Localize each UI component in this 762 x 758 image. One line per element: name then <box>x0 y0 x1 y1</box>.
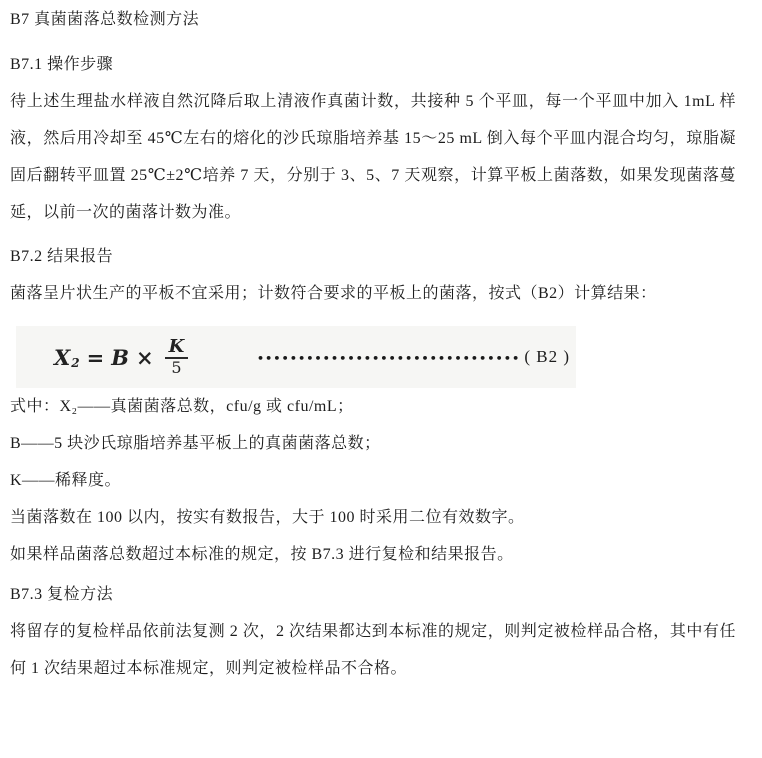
paragraph-b7-2-intro: 菌落呈片状生产的平板不宜采用；计数符合要求的平板上的菌落，按式（B2）计算结果： <box>10 275 736 312</box>
formula-equals-sign: = <box>87 345 105 370</box>
formula-variable-b: B <box>111 345 129 370</box>
heading-b7-2: B7.2 结果报告 <box>10 238 736 275</box>
formula-multiply-sign: × <box>136 345 154 370</box>
definition-x2: 式中：X₂——真菌菌落总数，cfu/g 或 cfu/mL； <box>10 388 736 425</box>
formula-subscript-2: 2 <box>71 356 79 370</box>
definition-k: K——稀释度。 <box>10 462 736 499</box>
formula-variable-x: X <box>54 345 70 370</box>
formula-b2-block: X2 = B × K 5 •••••••••••••••••••••••••••… <box>16 326 576 388</box>
formula-expression: X2 = B × K 5 <box>16 337 188 377</box>
formula-denominator: 5 <box>165 359 189 377</box>
formula-dot-leader: •••••••••••••••••••••••••••••••• <box>257 352 520 365</box>
formula-numerator: K <box>165 337 189 359</box>
document-page: B7 真菌菌落总数检测方法 B7.1 操作步骤 待上述生理盐水样液自然沉降后取上… <box>0 0 762 758</box>
formula-fraction: K 5 <box>165 337 189 377</box>
paragraph-b7-3-retest-method: 将留存的复检样品依前法复测 2 次，2 次结果都达到本标准的规定，则判定被检样品… <box>10 613 736 687</box>
heading-b7: B7 真菌菌落总数检测方法 <box>10 1 736 38</box>
heading-b7-1: B7.1 操作步骤 <box>10 46 736 83</box>
heading-b7-3: B7.3 复检方法 <box>10 576 736 613</box>
formula-equation-number: ( B2 ) <box>524 347 570 367</box>
paragraph-b7-1-procedure: 待上述生理盐水样液自然沉降后取上清液作真菌计数，共接种 5 个平皿，每一个平皿中… <box>10 83 736 231</box>
paragraph-retest-rule: 如果样品菌落总数超过本标准的规定，按 B7.3 进行复检和结果报告。 <box>10 536 736 573</box>
formula-leader: •••••••••••••••••••••••••••••••• ( B2 ) <box>257 347 576 367</box>
definition-b: B——5 块沙氏琼脂培养基平板上的真菌菌落总数； <box>10 425 736 462</box>
paragraph-reporting-rule: 当菌落数在 100 以内，按实有数报告，大于 100 时采用二位有效数字。 <box>10 499 736 536</box>
